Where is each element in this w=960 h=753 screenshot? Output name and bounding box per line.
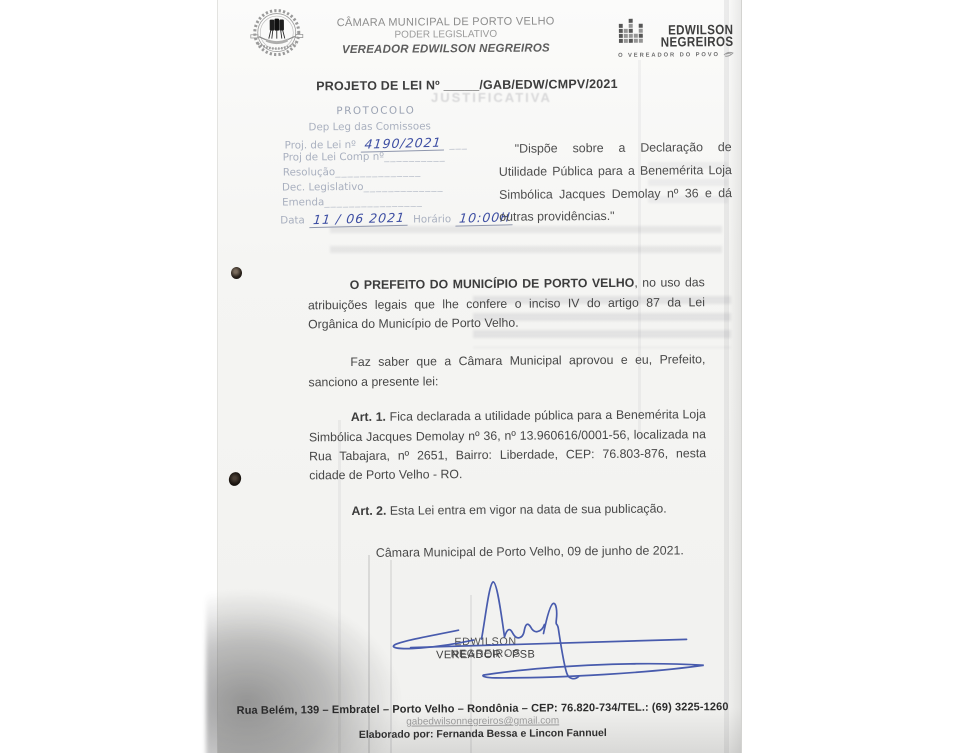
stamp-field-label: Emenda <box>282 196 324 208</box>
stamp-field-line: ________________ <box>324 195 422 208</box>
stamp-field: Resolução______________ <box>283 165 422 178</box>
stamp-date-label: Data <box>280 214 305 226</box>
letterhead: CÂMARA MUNICIPAL DE PORTO VELHO PODER LE… <box>321 15 571 56</box>
scan-shadow-bottom <box>218 707 741 753</box>
logo-last-name: NEGREIROS <box>661 36 734 49</box>
handwritten-signature <box>380 568 721 691</box>
paper-fastener-hole <box>231 267 242 279</box>
article-2-label: Art. 2. <box>351 504 386 518</box>
document-page: JUSTIFICATIVA CÂMARA MUNICIPAL DE POR <box>217 0 742 753</box>
page-content: CÂMARA MUNICIPAL DE PORTO VELHO PODER LE… <box>216 0 745 753</box>
stamp-field-label: Resolução <box>283 166 335 178</box>
org-name: CÂMARA MUNICIPAL DE PORTO VELHO <box>321 15 571 29</box>
stamp-field-line: ___ <box>449 138 468 150</box>
paragraph-enactment: Faz saber que a Câmara Municipal aprovou… <box>308 351 705 393</box>
org-officeholder: VEREADOR EDWILSON NEGREIROS <box>321 42 571 56</box>
dateline: Câmara Municipal de Porto Velho, 09 de j… <box>350 543 710 560</box>
preamble-bold: O PREFEITO DO MUNICÍPIO DE PORTO VELHO <box>350 276 635 292</box>
stamp-field-line: __________ <box>384 150 446 162</box>
stamp-field-line: _____________ <box>364 180 444 193</box>
org-branch: PODER LEGISLATIVO <box>321 28 571 41</box>
stamp-date-value: 11 / 06 2021 <box>309 210 409 228</box>
pixel-bars-icon <box>619 16 645 49</box>
stamp-field: Emenda________________ <box>282 195 423 208</box>
councilman-logo: EDWILSON NEGREIROS O VEREADOR DO POVO <box>612 15 734 61</box>
document-title: PROJETO DE LEI Nº _____/GAB/EDW/CMPV/202… <box>316 77 618 93</box>
article-1-label: Art. 1. <box>351 410 386 424</box>
stamp-department: Dep Leg das Comissoes <box>308 120 430 133</box>
stamp-field-line: ______________ <box>335 165 421 178</box>
paragraph-article-2: Art. 2. Esta Lei entra em vigor na data … <box>309 500 706 522</box>
stamp-field-label: Proj de Lei Comp nº <box>283 151 384 164</box>
paragraph-article-1: Art. 1. Fica declarada a utilidade públi… <box>309 406 707 486</box>
article-2-text: Esta Lei entra em vigor na data de sua p… <box>386 502 666 518</box>
protocol-stamp: PROTOCOLO Dep Leg das Comissoes Proj. de… <box>278 104 519 231</box>
stamp-title: PROTOCOLO <box>336 104 415 117</box>
stamp-field-label: Proj. de Lei nº <box>285 139 356 152</box>
scan-shadow-right <box>727 0 741 753</box>
stamp-field: Dec. Legislativo_____________ <box>282 180 444 193</box>
ementa-summary: "Dispõe sobre a Declaração de Utilidade … <box>499 136 733 229</box>
municipal-seal-icon <box>246 7 308 61</box>
stamp-time-label: Horário <box>413 213 451 225</box>
paragraph-preamble: O PREFEITO DO MUNICÍPIO DE PORTO VELHO, … <box>308 274 705 335</box>
logo-tagline: O VEREADOR DO POVO <box>618 52 720 59</box>
stamp-field-label: Dec. Legislativo <box>282 181 364 194</box>
stamp-date-row: Data 11 / 06 2021 Horário 10:00H <box>280 210 516 228</box>
stamp-field: Proj de Lei Comp nº__________ <box>283 150 446 163</box>
